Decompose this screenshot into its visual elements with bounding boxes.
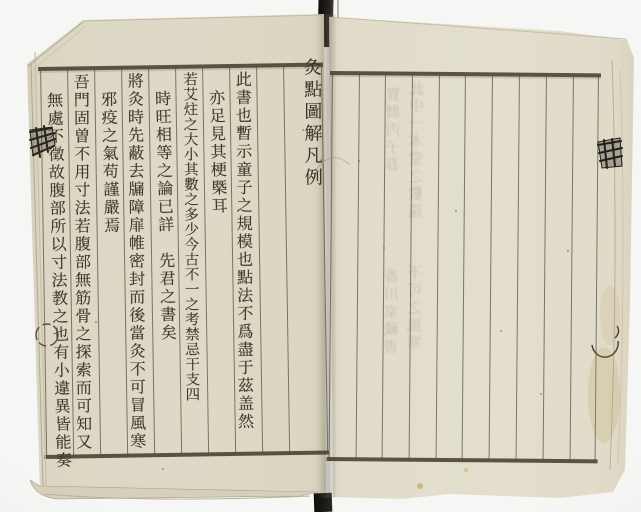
- column-rule-line: [436, 75, 440, 461]
- text-column-6: 邪疫之氣苟謹嚴焉: [94, 91, 125, 236]
- paper-speck: [358, 160, 360, 162]
- right-page-ruled-frame: 寳曆丙子春 此中一本堂之數遠 香川家藏書 不可之風寒: [329, 68, 600, 466]
- paper-speck: [162, 468, 164, 470]
- column-rule-line: [570, 76, 574, 462]
- bleedthrough-column-2: 此中一本堂之數遠: [403, 81, 431, 221]
- paper-speck: [95, 321, 97, 323]
- column-rule-line: [489, 75, 493, 461]
- paper-speck: [243, 318, 245, 320]
- column-rule-line: [283, 66, 290, 454]
- left-page-ruled-frame: 灸點圖解凡例 此書也暫示童子之規模也點法不爲盡于茲盖然 亦足見其梗槩耳 若艾炷之…: [40, 60, 328, 462]
- frame-bottom-border: [44, 451, 329, 459]
- column-rule-line: [516, 76, 520, 462]
- open-book-photograph: 灸點圖解凡例 此書也暫示童子之規模也點法不爲盡于茲盖然 亦足見其梗槩耳 若艾炷之…: [0, 0, 641, 512]
- paper-speck: [383, 247, 385, 249]
- paper-speck: [500, 330, 502, 332]
- bleedthrough-column-4: 不可之風寒: [402, 265, 430, 353]
- frame-top-border: [38, 63, 323, 71]
- text-column-2: 亦足見其梗槩耳: [202, 89, 232, 216]
- paper-speck: [455, 210, 457, 212]
- column-rule-line: [356, 74, 360, 460]
- column-rule-line: [462, 75, 466, 461]
- paper-speck: [540, 393, 542, 395]
- paper-speck: [567, 250, 569, 252]
- paper-speck: [302, 129, 304, 131]
- column-rule-line: [543, 76, 547, 462]
